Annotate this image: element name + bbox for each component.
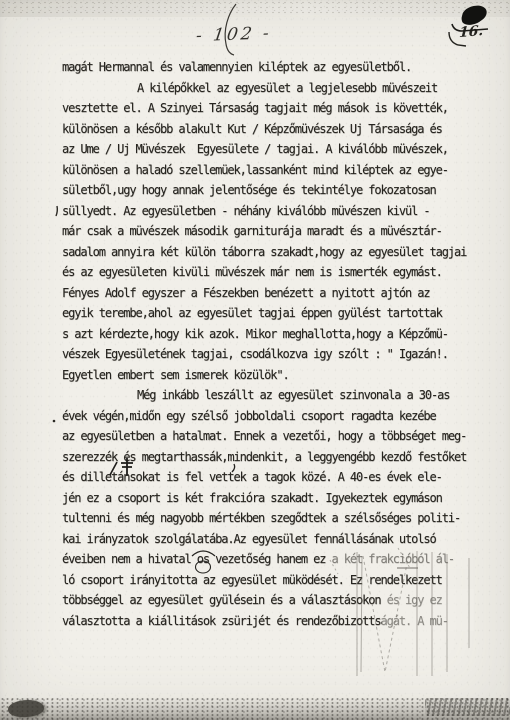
text-line: Egyetlen embert sem ismerek közülök". (62, 365, 482, 386)
text-line: az Ume / Uj Müvészek Egyesülete / tagjai… (62, 139, 482, 160)
text-line: sületből,ugy hogy annak jelentősége és t… (62, 180, 482, 201)
text-line: sadalom annyira két külön táborra szakad… (62, 242, 482, 263)
text-line: különösen a később alakult Kut / Képzőmü… (62, 119, 482, 140)
page-number: - 102 - (195, 22, 318, 46)
corner-number: 16. (459, 23, 484, 41)
margin-dot (53, 420, 56, 423)
text-line: Még inkább leszállt az egyesület szinvon… (62, 385, 482, 406)
text-line: A kilépőkkel az egyesület a legjelesebb … (62, 78, 482, 99)
text-line: az egyesületben a hatalmat. Ennek a veze… (62, 426, 482, 447)
text-line: és dilletánsokat is fel vettek a tagok k… (62, 467, 482, 488)
text-line: jén ez a csoport is két frakcióra szakad… (62, 488, 482, 509)
text-line: kai irányzatok szolgálatába.Az egyesület… (62, 529, 482, 550)
scanned-document-page: - 102 - 16. magát Hermannal és valamenny… (0, 0, 510, 720)
text-line: ló csoport irányitotta az egyesület mükö… (62, 570, 482, 591)
text-line: tultenni és még nagyobb mértékben szegőd… (62, 508, 482, 529)
text-line: évek végén,midőn egy szélső jobboldali c… (62, 406, 482, 427)
text-line: egyik terembe,ahol az egyesület tagjai é… (62, 303, 482, 324)
scan-smudge-bottom-right (425, 698, 510, 716)
text-body: magát Hermannal és valamennyien kiléptek… (62, 57, 482, 631)
text-line: magát Hermannal és valamennyien kiléptek… (62, 57, 482, 78)
margin-tick (56, 206, 57, 216)
scan-noise-top (0, 0, 510, 17)
text-line: vesztette el. A Szinyei Társaság tagjait… (62, 98, 482, 119)
text-line: többséggel az egyesület gyülésein és a v… (62, 590, 482, 611)
text-line: vészek Egyesületének tagjai, csodálkozva… (62, 344, 482, 365)
text-line: már csak a müvészek második garniturája … (62, 221, 482, 242)
text-line: választotta a kiállitások zsürijét és re… (62, 611, 482, 632)
text-line: éveiben nem a hivatal os vezetőség hanem… (62, 549, 482, 570)
text-line: szerezzék és megtarthassák,mindenkit, a … (62, 447, 482, 468)
text-line: és az egyesületen kivüli müvészek már ne… (62, 262, 482, 283)
text-line: különösen a haladó szellemüek,lassanként… (62, 160, 482, 181)
text-line: Fényes Adolf egyszer a Fészekben benézet… (62, 283, 482, 304)
text-line: s azt kérdezte,hogy kik azok. Mikor megh… (62, 324, 482, 345)
text-line: süllyedt. Az egyesületben - néhány kivál… (62, 201, 482, 222)
